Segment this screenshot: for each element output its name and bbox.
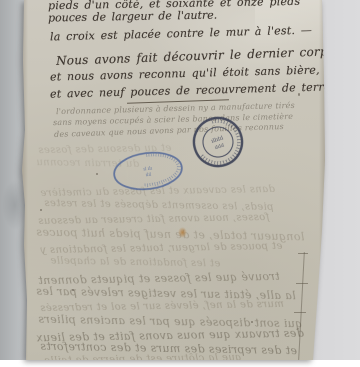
manuscript-page: et au dessous des fosses du terrain reco…	[20, 0, 326, 360]
bleedthrough-line: fosses, nous avons fait creuser au desso…	[38, 212, 270, 227]
fold-crease	[298, 252, 305, 360]
paper-speck	[298, 93, 300, 96]
paper-left-torn-edge	[20, 0, 28, 360]
bleedthrough-line: murs de la nef, élevés sur le sol et red…	[40, 299, 284, 314]
paper-speck	[40, 209, 42, 211]
bleedthrough-line: et pouces de largeur, toutes les fondati…	[40, 241, 283, 256]
paper-speck	[251, 321, 253, 323]
paper-speck	[72, 289, 74, 291]
bleedthrough-line: pieds, les ossements déposés et les rest…	[44, 198, 274, 213]
bleedthrough-line: que la clôture est de pierre de taille	[44, 352, 242, 360]
paper-speck	[124, 60, 126, 62]
photo-background: et au dessous des fosses du terrain reco…	[0, 0, 360, 360]
paper-wrapper: et au dessous des fosses du terrain reco…	[0, 0, 360, 360]
ink-line: pouces de largeur de l'autre.	[48, 9, 217, 25]
foxing-spot	[178, 227, 187, 238]
edge-crease-mark	[296, 283, 308, 284]
edge-crease-mark	[294, 312, 306, 313]
oval-ink-stamp: ılıllıılıllıılıllıılıllıılıllıılı ıl ılı…	[105, 143, 190, 198]
edge-crease-mark	[298, 253, 308, 254]
bleedthrough-line: et les fondations de la chapelle	[50, 256, 221, 270]
paper-speck	[96, 173, 98, 175]
ink-line: et avec neuf pouces de recouvrement de t…	[50, 80, 331, 100]
stamp-center-text: ılıl	[145, 172, 152, 178]
stamp-center-text: ılılıl	[214, 142, 225, 151]
